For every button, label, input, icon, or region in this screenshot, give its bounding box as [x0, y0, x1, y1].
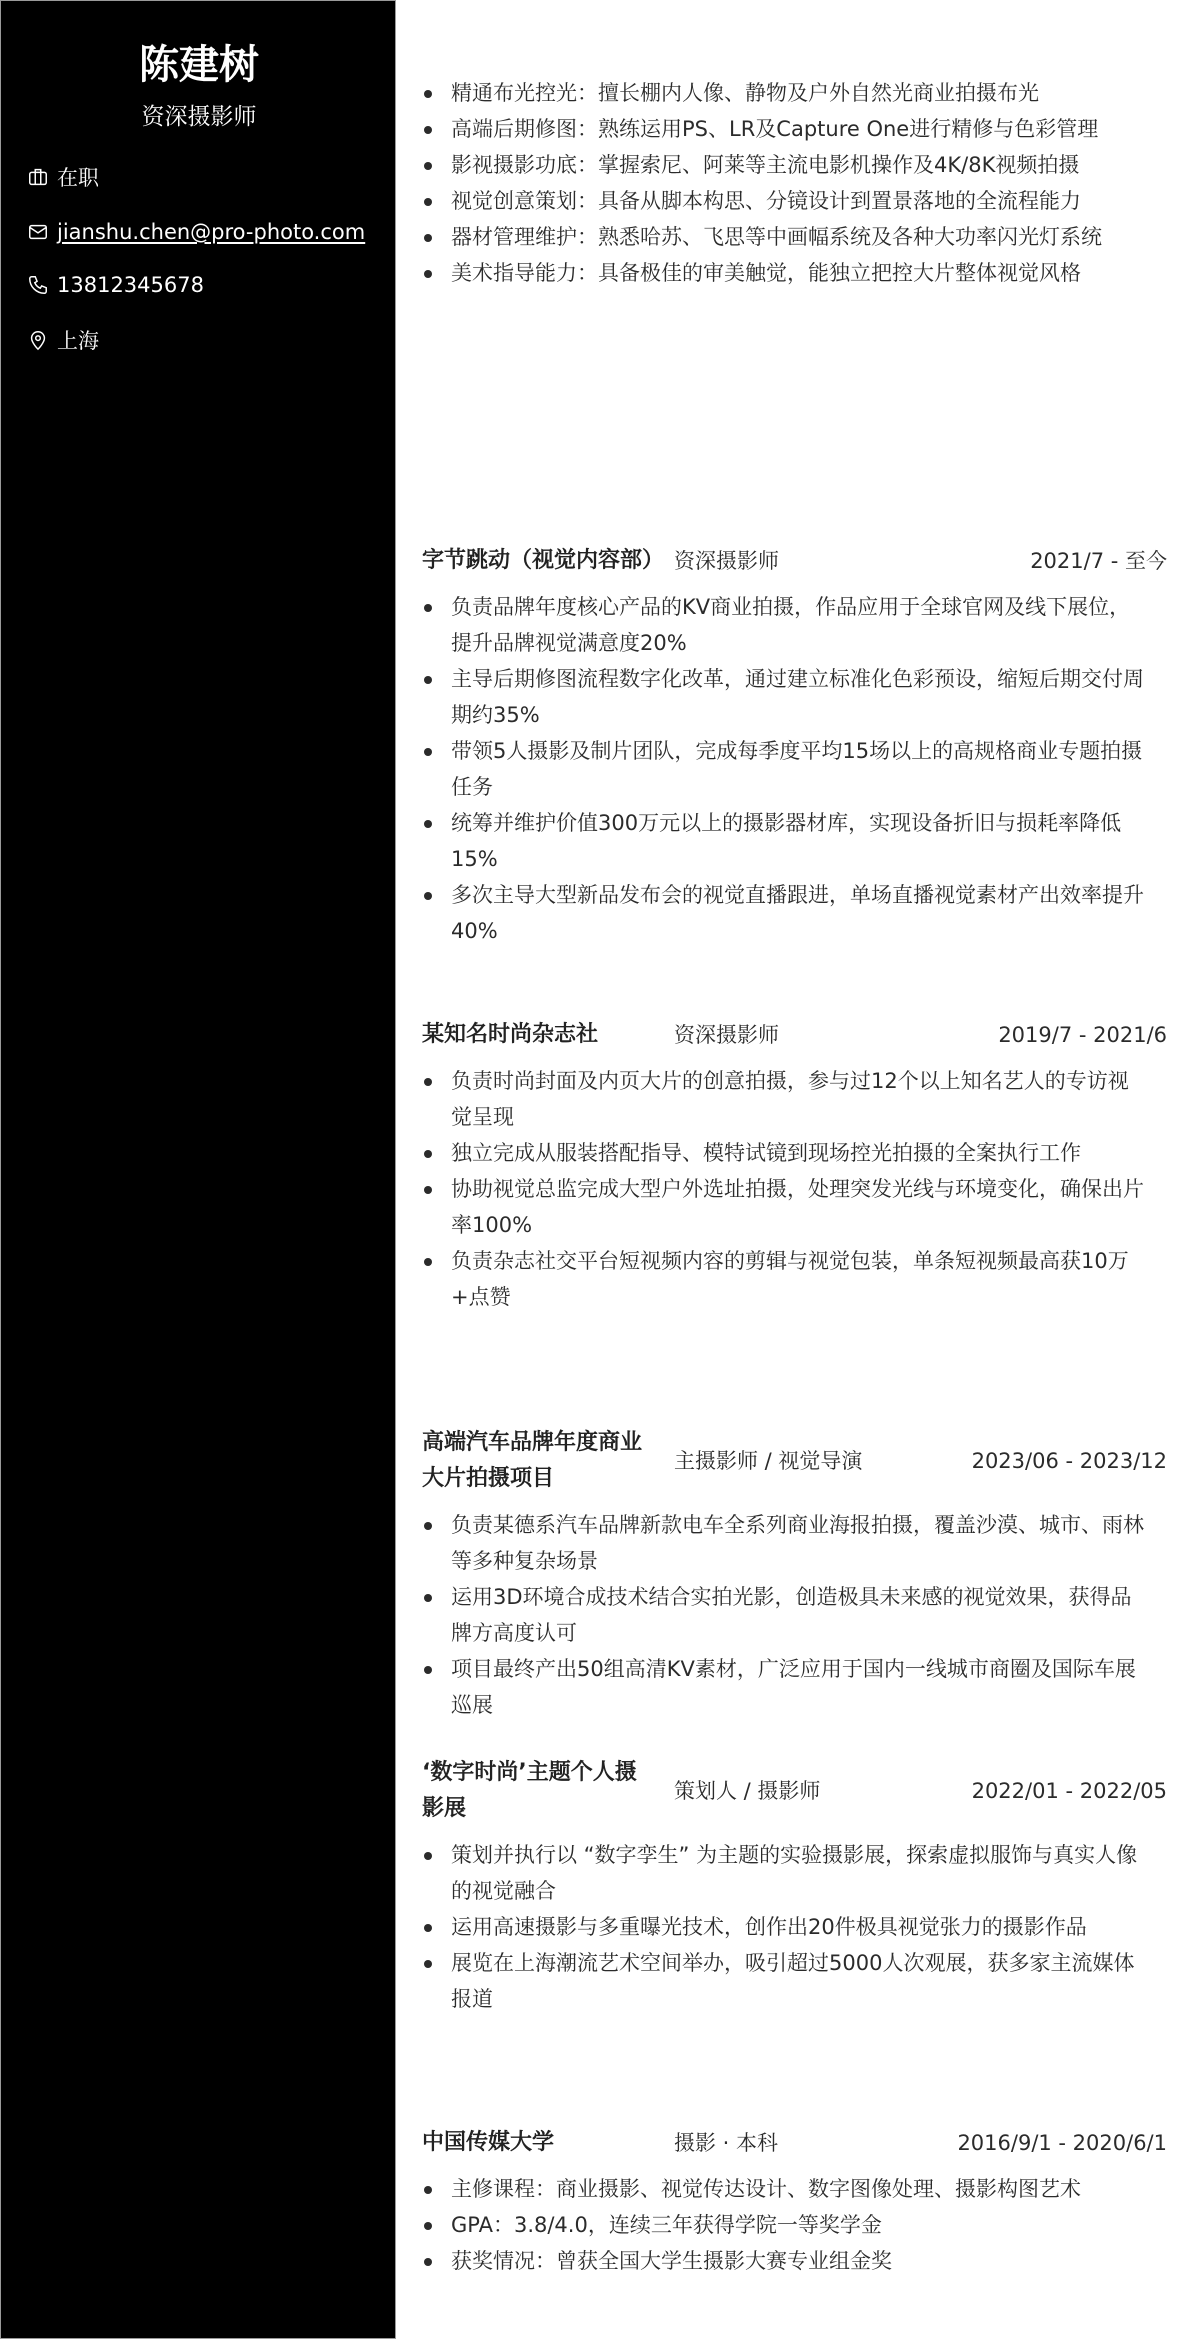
project-entry: 高端汽车品牌年度商业大片拍摄项目 主摄影师 / 视觉导演 2023/06 - 2…: [422, 1425, 1167, 1723]
entry-header: 高端汽车品牌年度商业大片拍摄项目 主摄影师 / 视觉导演 2023/06 - 2…: [422, 1425, 1167, 1497]
list-item: 策划并执行以 “数字孪生” 为主题的实验摄影展，探索虚拟服饰与真实人像的视觉融合: [422, 1837, 1167, 1909]
date-range: 2016/9/1 - 2020/6/1: [957, 2125, 1167, 2161]
list-item: 项目最终产出50组高清KV素材，广泛应用于国内一线城市商圈及国际车展巡展: [422, 1651, 1167, 1723]
skill-item: 高端后期修图：熟练运用PS、LR及Capture One进行精修与色彩管理: [422, 111, 1167, 147]
date-range: 2023/06 - 2023/12: [972, 1443, 1167, 1479]
list-item: 负责某德系汽车品牌新款电车全系列商业海报拍摄，覆盖沙漠、城市、雨林等多种复杂场景: [422, 1507, 1167, 1579]
date-range: 2022/01 - 2022/05: [972, 1773, 1167, 1809]
entry-header: 中国传媒大学 摄影 · 本科 2016/9/1 - 2020/6/1: [422, 2125, 1167, 2161]
work-bullets: 负责时尚封面及内页大片的创意拍摄，参与过12个以上知名艺人的专访视觉呈现 独立完…: [422, 1063, 1167, 1315]
profile-title: 资深摄影师: [1, 101, 396, 133]
work-entry: 字节跳动（视觉内容部） 资深摄影师 2021/7 - 至今 负责品牌年度核心产品…: [422, 543, 1167, 949]
skills-section: 精通布光控光：擅长棚内人像、静物及户外自然光商业拍摄布光 高端后期修图：熟练运用…: [422, 75, 1167, 291]
contact-phone: 13812345678: [27, 267, 373, 303]
job-role: 资深摄影师: [674, 1017, 779, 1053]
skill-item: 视觉创意策划：具备从脚本构思、分镜设计到置景落地的全流程能力: [422, 183, 1167, 219]
company-name: 某知名时尚杂志社: [422, 1017, 654, 1053]
list-item: 获奖情况：曾获全国大学生摄影大赛专业组金奖: [422, 2243, 1167, 2279]
list-item: 独立完成从服装搭配指导、模特试镜到现场控光拍摄的全案执行工作: [422, 1135, 1167, 1171]
list-item: 运用高速摄影与多重曝光技术，创作出20件极具视觉张力的摄影作品: [422, 1909, 1167, 1945]
work-entry: 某知名时尚杂志社 资深摄影师 2019/7 - 2021/6 负责时尚封面及内页…: [422, 1017, 1167, 1315]
location-pin-icon: [27, 329, 49, 351]
mail-icon: [27, 221, 49, 243]
briefcase-icon: [27, 166, 49, 188]
skill-item: 美术指导能力：具备极佳的审美触觉，能独立把控大片整体视觉风格: [422, 255, 1167, 291]
contact-location: 上海: [27, 322, 373, 358]
date-range: 2021/7 - 至今: [1030, 543, 1167, 579]
education-bullets: 主修课程：商业摄影、视觉传达设计、数字图像处理、摄影构图艺术 GPA：3.8/4…: [422, 2171, 1167, 2279]
contact-email: jianshu.chen@pro-photo.com: [27, 214, 373, 250]
contact-location-text: 上海: [57, 325, 99, 355]
contact-status-text: 在职: [57, 162, 99, 192]
project-name: 高端汽车品牌年度商业大片拍摄项目: [422, 1425, 654, 1497]
job-role: 资深摄影师: [674, 543, 779, 579]
project-bullets: 策划并执行以 “数字孪生” 为主题的实验摄影展，探索虚拟服饰与真实人像的视觉融合…: [422, 1837, 1167, 2017]
education-entry: 中国传媒大学 摄影 · 本科 2016/9/1 - 2020/6/1 主修课程：…: [422, 2125, 1167, 2279]
list-item: 运用3D环境合成技术结合实拍光影，创造极具未来感的视觉效果，获得品牌方高度认可: [422, 1579, 1167, 1651]
list-item: 负责时尚封面及内页大片的创意拍摄，参与过12个以上知名艺人的专访视觉呈现: [422, 1063, 1167, 1135]
contact-status: 在职: [27, 159, 373, 195]
list-item: 多次主导大型新品发布会的视觉直播跟进，单场直播视觉素材产出效率提升40%: [422, 877, 1167, 949]
list-item: 带领5人摄影及制片团队，完成每季度平均15场以上的高规格商业专题拍摄任务: [422, 733, 1167, 805]
project-bullets: 负责某德系汽车品牌新款电车全系列商业海报拍摄，覆盖沙漠、城市、雨林等多种复杂场景…: [422, 1507, 1167, 1723]
list-item: 协助视觉总监完成大型户外选址拍摄，处理突发光线与环境变化，确保出片率100%: [422, 1171, 1167, 1243]
profile-name: 陈建树: [1, 39, 396, 91]
phone-icon: [27, 274, 49, 296]
degree: 摄影 · 本科: [674, 2125, 778, 2161]
list-item: 主导后期修图流程数字化改革，通过建立标准化色彩预设，缩短后期交付周期约35%: [422, 661, 1167, 733]
list-item: 统筹并维护价值300万元以上的摄影器材库，实现设备折旧与损耗率降低15%: [422, 805, 1167, 877]
skills-list: 精通布光控光：擅长棚内人像、静物及户外自然光商业拍摄布光 高端后期修图：熟练运用…: [422, 75, 1167, 291]
skill-item: 器材管理维护：熟悉哈苏、飞思等中画幅系统及各种大功率闪光灯系统: [422, 219, 1167, 255]
project-role: 策划人 / 摄影师: [674, 1773, 820, 1809]
list-item: 展览在上海潮流艺术空间举办，吸引超过5000人次观展，获多家主流媒体报道: [422, 1945, 1167, 2017]
company-name: 字节跳动（视觉内容部）: [422, 543, 654, 579]
entry-header: ‘数字时尚’主题个人摄影展 策划人 / 摄影师 2022/01 - 2022/0…: [422, 1755, 1167, 1827]
list-item: GPA：3.8/4.0，连续三年获得学院一等奖学金: [422, 2207, 1167, 2243]
project-role: 主摄影师 / 视觉导演: [674, 1443, 862, 1479]
list-item: 负责杂志社交平台短视频内容的剪辑与视觉包装，单条短视频最高获10万+点赞: [422, 1243, 1167, 1315]
email-link[interactable]: jianshu.chen@pro-photo.com: [57, 220, 365, 244]
skill-item: 精通布光控光：擅长棚内人像、静物及户外自然光商业拍摄布光: [422, 75, 1167, 111]
date-range: 2019/7 - 2021/6: [998, 1017, 1167, 1053]
list-item: 主修课程：商业摄影、视觉传达设计、数字图像处理、摄影构图艺术: [422, 2171, 1167, 2207]
work-bullets: 负责品牌年度核心产品的KV商业拍摄，作品应用于全球官网及线下展位，提升品牌视觉满…: [422, 589, 1167, 949]
skill-item: 影视摄影功底：掌握索尼、阿莱等主流电影机操作及4K/8K视频拍摄: [422, 147, 1167, 183]
sidebar: 陈建树 资深摄影师 在职 jianshu.chen@pro-photo.com …: [0, 0, 396, 2339]
contact-phone-text: 13812345678: [57, 273, 204, 297]
entry-header: 字节跳动（视觉内容部） 资深摄影师 2021/7 - 至今: [422, 543, 1167, 579]
school-name: 中国传媒大学: [422, 2125, 654, 2161]
entry-header: 某知名时尚杂志社 资深摄影师 2019/7 - 2021/6: [422, 1017, 1167, 1053]
list-item: 负责品牌年度核心产品的KV商业拍摄，作品应用于全球官网及线下展位，提升品牌视觉满…: [422, 589, 1167, 661]
project-name: ‘数字时尚’主题个人摄影展: [422, 1755, 654, 1827]
project-entry: ‘数字时尚’主题个人摄影展 策划人 / 摄影师 2022/01 - 2022/0…: [422, 1755, 1167, 2017]
